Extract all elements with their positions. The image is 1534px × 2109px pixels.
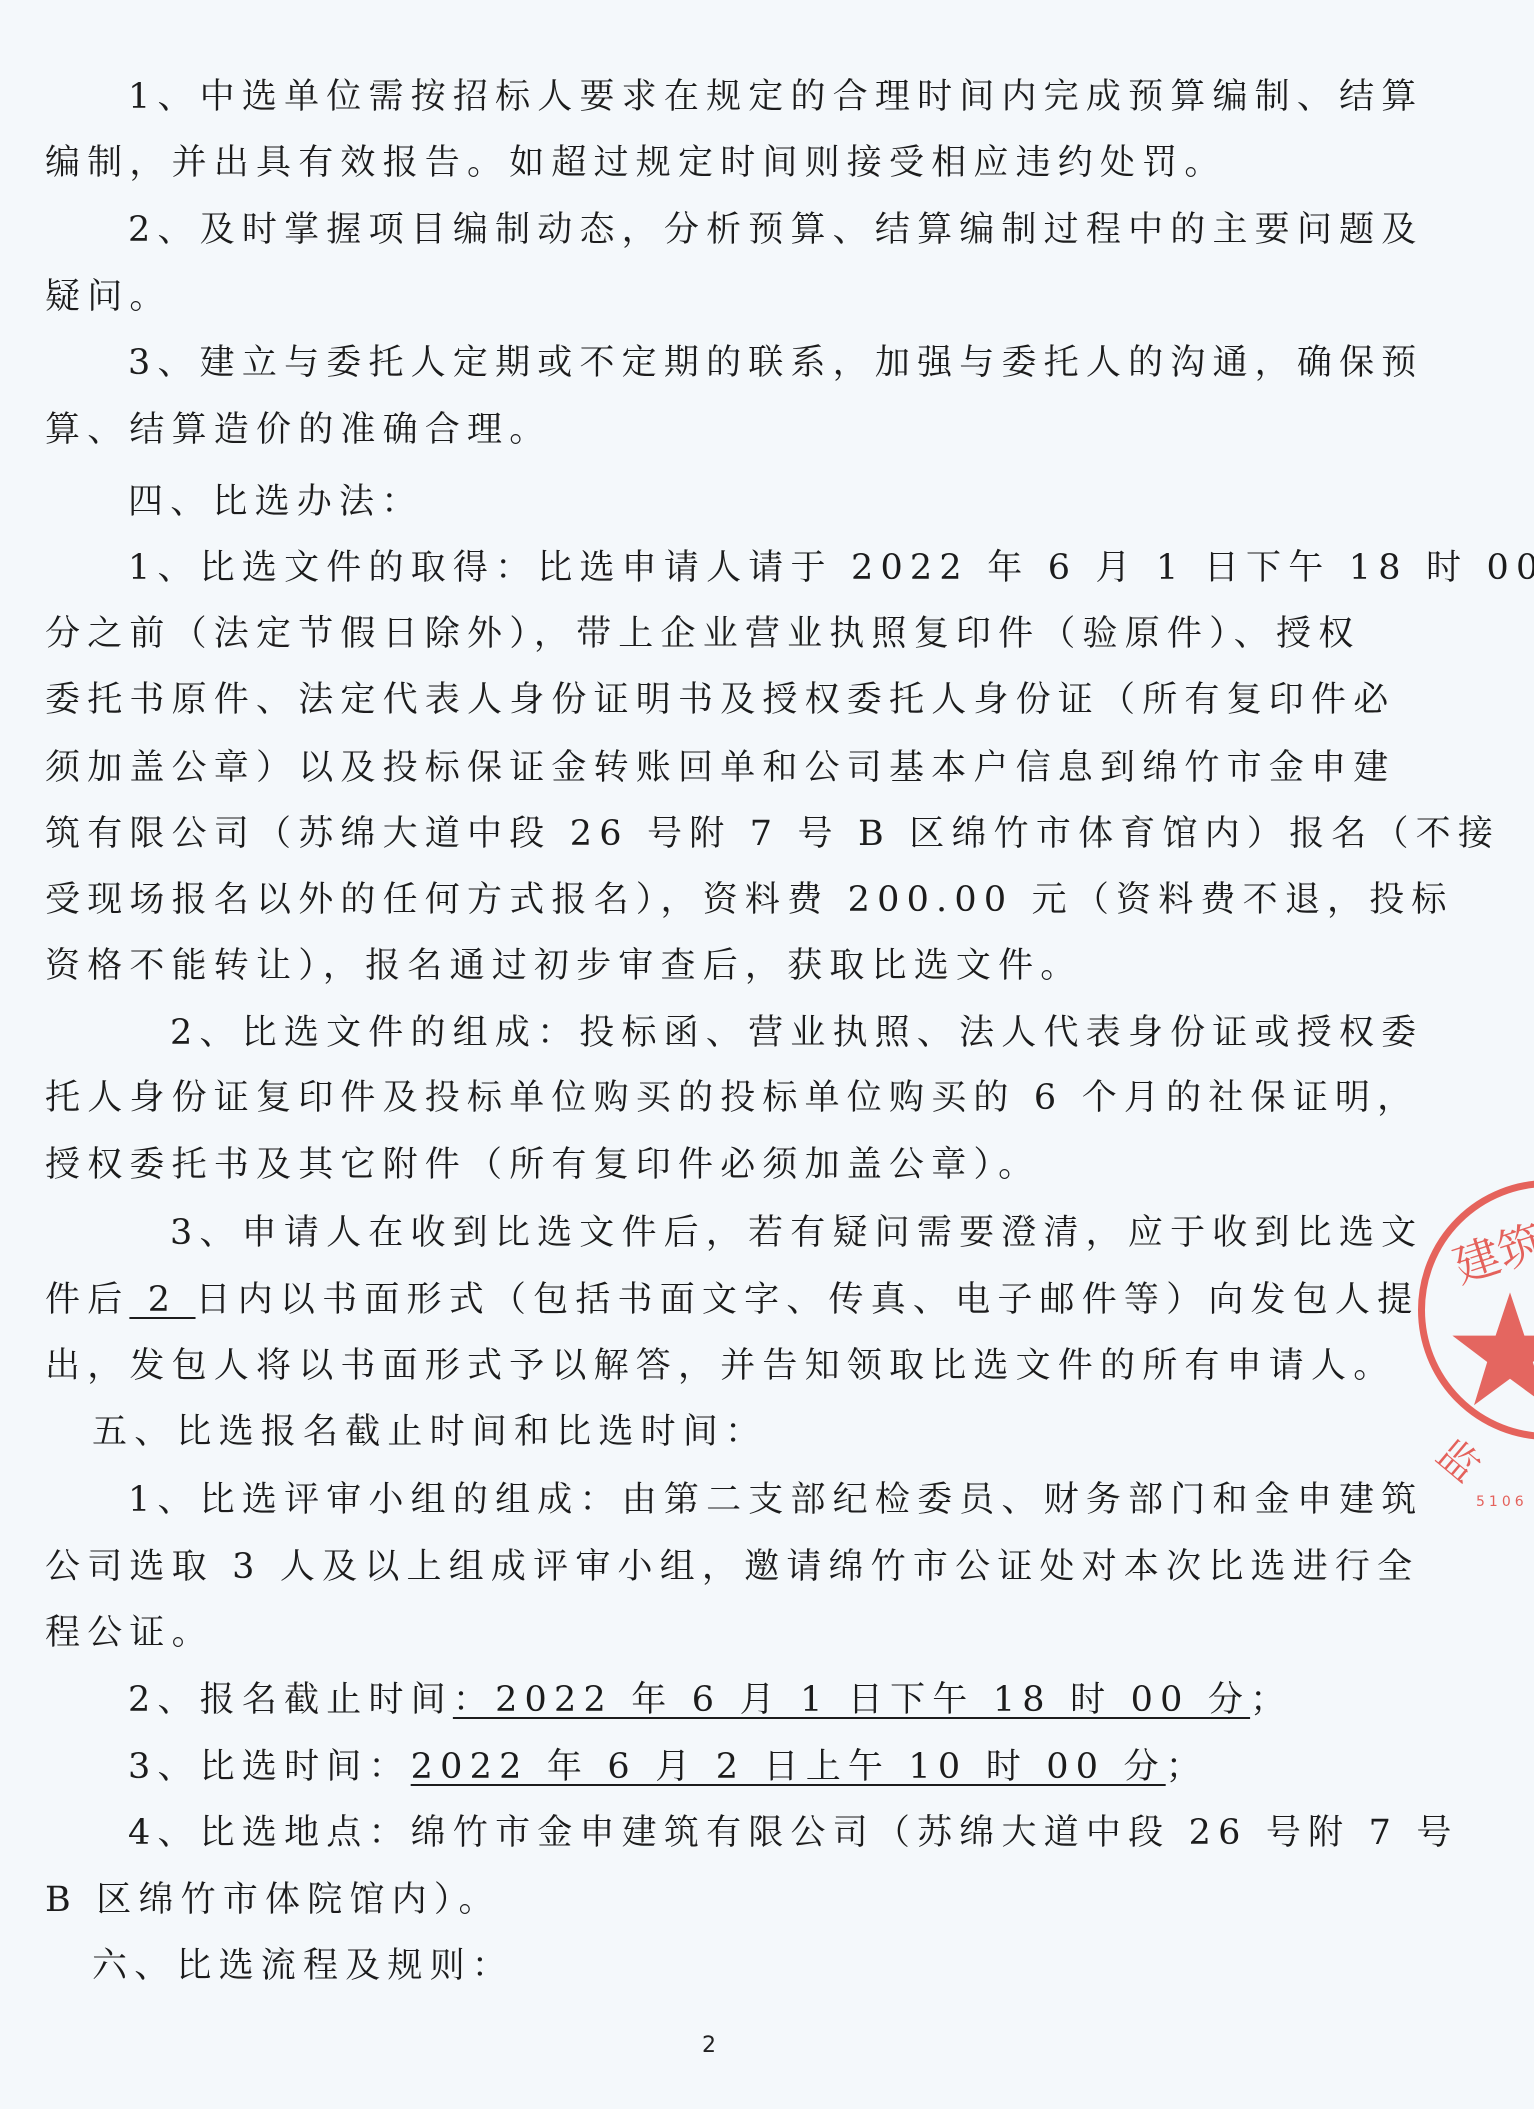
text-line: 出，发包人将以书面形式予以解答，并告知领取比选文件的所有申请人。 xyxy=(45,1341,1395,1391)
page-number: 2 xyxy=(702,2033,716,2058)
text-line: 须加盖公章）以及投标保证金转账回单和公司基本户信息到绵竹市金申建 xyxy=(45,743,1395,793)
text-segment: 件后 xyxy=(45,1280,129,1320)
section-heading: 四、比选办法： xyxy=(128,477,423,527)
text-segment: 日内以书面形式（包括书面文字、传真、电子邮件等）向发包人提 xyxy=(196,1280,1420,1320)
text-line: 1、比选评审小组的组成：由第二支部纪检委员、财务部门和金申建筑 xyxy=(128,1475,1423,1525)
text-line: 4、比选地点：绵竹市金申建筑有限公司（苏绵大道中段 26 号附 7 号 xyxy=(128,1808,1459,1858)
text-line: 资格不能转让），报名通过初步审查后，获取比选文件。 xyxy=(45,941,1083,991)
text-line: 程公证。 xyxy=(45,1608,214,1658)
section-heading: 六、比选流程及规则： xyxy=(92,1941,514,1991)
underlined-days-value: 2 xyxy=(129,1280,195,1320)
text-line: 3、比选时间：2022 年 6 月 2 日上午 10 时 00 分； xyxy=(128,1742,1208,1792)
text-segment: ； xyxy=(1166,1747,1208,1787)
document-page: 1、中选单位需按招标人要求在规定的合理时间内完成预算编制、结算 编制，并出具有效… xyxy=(0,0,1534,2109)
text-line: 授权委托书及其它附件（所有复印件必须加盖公章）。 xyxy=(45,1140,1040,1190)
text-line: 托人身份证复印件及投标单位购买的投标单位购买的 6 个月的社保证明， xyxy=(45,1073,1419,1123)
text-line: 委托书原件、法定代表人身份证明书及授权委托人身份证（所有复印件必 xyxy=(45,675,1395,725)
seal-text-bottom: 监 xyxy=(1426,1424,1493,1493)
text-line: 分之前（法定节假日除外），带上企业营业执照复印件（验原件）、授权 xyxy=(45,609,1360,659)
seal-star-icon xyxy=(1450,1290,1534,1410)
underlined-deadline: ：2022 年 6 月 1 日下午 18 时 00 分 xyxy=(453,1680,1250,1720)
text-line: 1、中选单位需按招标人要求在规定的合理时间内完成预算编制、结算 xyxy=(128,72,1423,122)
text-line: 受现场报名以外的任何方式报名），资料费 200.00 元（资料费不退，投标 xyxy=(45,875,1454,925)
text-line: 1、比选文件的取得：比选申请人请于 2022 年 6 月 1 日下午 18 时 … xyxy=(128,543,1534,593)
text-line: 筑有限公司（苏绵大道中段 26 号附 7 号 B 区绵竹市体育馆内）报名（不接 xyxy=(45,809,1500,859)
text-line: 3、建立与委托人定期或不定期的联系，加强与委托人的沟通，确保预 xyxy=(128,338,1423,388)
text-line: B 区绵竹市体院馆内）。 xyxy=(45,1875,501,1925)
text-line: 算、结算造价的准确合理。 xyxy=(45,405,551,455)
text-line: 3、申请人在收到比选文件后，若有疑问需要澄清，应于收到比选文 xyxy=(170,1208,1423,1258)
text-line: 2、及时掌握项目编制动态，分析预算、结算编制过程中的主要问题及 xyxy=(128,205,1423,255)
text-line: 2、报名截止时间：2022 年 6 月 1 日下午 18 时 00 分； xyxy=(128,1675,1292,1725)
text-line: 编制，并出具有效报告。如超过规定时间则接受相应违约处罚。 xyxy=(45,138,1227,188)
text-segment: 3、比选时间： xyxy=(128,1747,411,1787)
text-line: 2、比选文件的组成：投标函、营业执照、法人代表身份证或授权委 xyxy=(170,1008,1423,1058)
text-segment: 2、报名截止时间 xyxy=(128,1680,453,1720)
text-line: 疑问。 xyxy=(45,272,172,322)
text-line: 件后 2 日内以书面形式（包括书面文字、传真、电子邮件等）向发包人提 xyxy=(45,1275,1419,1325)
text-segment: ； xyxy=(1250,1680,1292,1720)
underlined-selection-time: 2022 年 6 月 2 日上午 10 时 00 分 xyxy=(411,1747,1166,1787)
seal-code: 5106 xyxy=(1476,1494,1528,1510)
text-line: 公司选取 3 人及以上组成评审小组，邀请绵竹市公证处对本次比选进行全 xyxy=(45,1542,1419,1592)
section-heading: 五、比选报名截止时间和比选时间： xyxy=(92,1407,767,1457)
